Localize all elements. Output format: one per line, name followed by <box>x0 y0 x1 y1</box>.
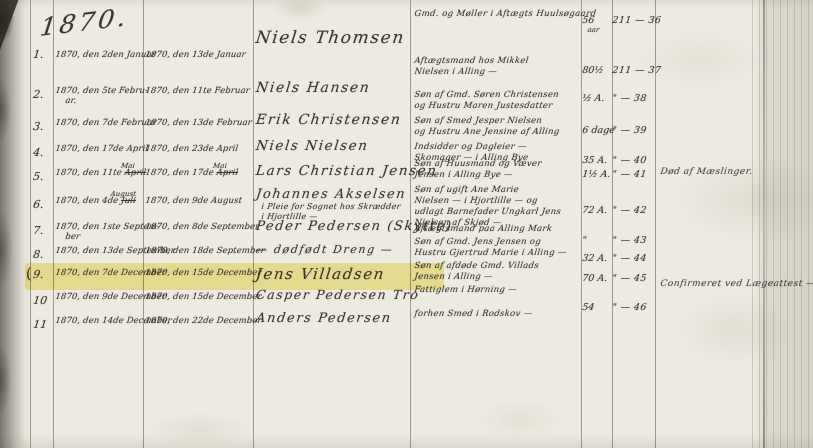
deceased-name: Casper Pedersen Tro <box>255 287 420 302</box>
page-reference: " — 43 <box>612 235 648 246</box>
deceased-name: Johannes Akselsen <box>255 187 407 202</box>
entry-number: 11 <box>32 318 48 331</box>
remark-line: udlagt Barnefader Ungkarl Jens <box>414 207 562 218</box>
age-value: 72 A. <box>582 205 608 216</box>
name-note-line: i Pleie for Sognet hos Skrædder <box>261 202 401 211</box>
margin-note: Død af Mæslinger. <box>660 167 754 177</box>
entry-number: 3. <box>32 120 44 133</box>
remark-line: Søn af ugift Ane Marie <box>414 185 520 196</box>
page-reference: 211 — 37 <box>612 65 662 76</box>
burial-date: 1870, den 13de Februar <box>145 118 253 128</box>
deceased-name: Niels Hansen <box>255 80 371 96</box>
age-value: " <box>582 235 588 246</box>
death-date-wrap: ber <box>65 232 81 242</box>
age-unit: aar <box>587 26 600 34</box>
burial-date: 1870, den 15de December <box>145 292 262 302</box>
burial-date: 1870, den 15de December <box>145 268 262 278</box>
death-date: 1870, den 4de JuliAugust <box>55 196 136 206</box>
remark-line: Hustru Gjertrud Marie i Alling — <box>414 248 568 259</box>
entry-number: 1. <box>32 48 44 61</box>
page-reference: " — 41 <box>612 169 648 180</box>
age-value: 35 A. <box>582 155 608 166</box>
page-reference: " — 46 <box>612 302 648 313</box>
scan-right-fold <box>752 0 813 448</box>
death-date: 1870, den 5te Febru- <box>55 86 149 96</box>
page-reference: " — 42 <box>612 205 648 216</box>
deceased-name: Anders Pedersen <box>255 311 392 326</box>
burial-date: 1870, den 23de April <box>145 144 239 154</box>
entry-number: 10 <box>32 294 48 307</box>
scan-left-edge <box>0 0 30 448</box>
remark-line: Indsidder og Dagleier — <box>414 142 528 153</box>
remark-line: Aftægtsmand paa Alling Mark <box>414 224 553 235</box>
page-reference: " — 44 <box>612 253 648 264</box>
death-date: 1870, den 7de Februar <box>55 118 157 128</box>
burial-date: 1870, den 22de December <box>145 316 262 326</box>
burial-date: 1870, den 9de August <box>145 196 243 206</box>
burial-date: 1870, den 17de AprilMai <box>145 168 227 178</box>
deceased-name: Erik Christensen <box>255 112 402 128</box>
carryover-remark: Gmd. og Møller i Aftægts Huulsøgaard <box>414 9 597 19</box>
age-value: 1½ A. <box>582 169 612 180</box>
deceased-name: Niels Thomsen <box>255 28 407 48</box>
deceased-name: Niels Nielsen <box>255 138 369 154</box>
page-reference: 211 — 36 <box>612 15 662 26</box>
deceased-name: Lars Christian Jensen <box>255 163 438 179</box>
death-date-wrap: ar. <box>65 96 77 106</box>
margin-note: Confirmeret ved Lægeattest — <box>660 279 813 289</box>
page-reference: " — 45 <box>612 273 648 284</box>
remark-line: Jensen i Alling — <box>414 272 494 283</box>
entry-number: 6. <box>32 198 44 211</box>
death-date: 1870, den 17de April <box>55 144 149 154</box>
remark-line: Aftægtsmand hos Mikkel <box>414 56 530 67</box>
burial-date: 1870, den 18de September <box>145 246 266 256</box>
entry-number: 4. <box>32 146 44 159</box>
burial-date: 1870, den 8de September <box>145 222 260 232</box>
burial-date: 1870, den 13de Januar <box>145 50 247 60</box>
remark-line: Fattiglem i Hørning — <box>414 285 518 296</box>
page-reference: " — 40 <box>612 155 648 166</box>
remark-line: og Hustru Ane Jensine af Alling <box>414 127 560 138</box>
page-reference: " — 38 <box>612 93 648 104</box>
remark-line: Søn af afdøde Gmd. Villads <box>414 261 540 272</box>
entry-number: 2. <box>32 88 44 101</box>
entry-number: 8. <box>32 248 44 261</box>
page-fold-line <box>763 0 765 448</box>
age-value: 6 dage <box>582 125 616 136</box>
remark-line: Søn af Huusmand og Væver <box>414 159 543 170</box>
age-value: 54 <box>582 302 595 313</box>
deceased-name: Jens Villadsen <box>255 265 386 283</box>
entry-number: 5. <box>32 170 44 183</box>
remark-line: Nielsen i Alling — <box>414 67 498 78</box>
death-date: 1870, den 2den Januar <box>55 50 157 60</box>
age-value: 80½ <box>582 65 605 76</box>
scanned-register-page: 1870. Gmd. og Møller i Aftægts Huulsøgaa… <box>0 0 813 448</box>
remark-line: Søn af Gmd. Søren Christensen <box>414 90 560 101</box>
age-value: 70 A. <box>582 273 608 284</box>
age-value: 56 <box>582 15 595 26</box>
page-reference: " — 39 <box>612 125 648 136</box>
remark-line: og Hustru Maren Justesdatter <box>414 101 553 112</box>
age-value: ½ A. <box>582 93 605 104</box>
remark-line: forhen Smed i Rodskov — <box>414 309 533 320</box>
remark-line: Jensen i Alling Bye — <box>414 170 514 181</box>
age-value: 32 A. <box>582 253 608 264</box>
column-divider <box>30 0 31 448</box>
entry-number: 9. <box>32 268 44 281</box>
death-date: 1870, den 11te AprilMai <box>55 168 135 178</box>
remark-line: Nielsen — i Hjortlille — og <box>414 196 539 207</box>
deceased-name: — dødfødt Dreng — <box>255 243 394 256</box>
burial-date: 1870, den 11te Februar <box>145 86 251 96</box>
remark-line: Søn af Smed Jesper Nielsen <box>414 116 543 127</box>
column-divider <box>53 0 54 448</box>
remark-line: Søn af Gmd. Jens Jensen og <box>414 237 542 248</box>
entry-number: 7. <box>32 224 44 237</box>
